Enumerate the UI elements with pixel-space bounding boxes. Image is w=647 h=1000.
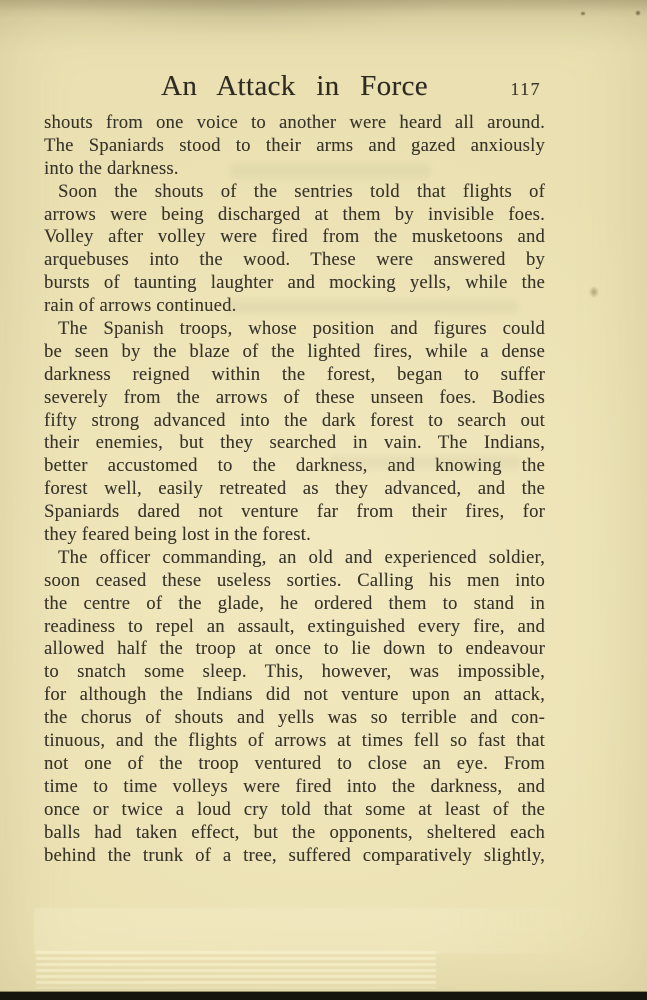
text-line: The officer commanding, an old and exper… [44,547,545,570]
text-line: Soon the shouts of the sentries told tha… [44,181,545,204]
page-number: 117 [510,69,541,109]
scan-streak-lines [36,948,436,988]
text-block: shouts from one voice to another were he… [44,112,545,867]
text-line: balls had taken effect, but the opponent… [44,822,545,845]
text-line: forest well, easily retreated as they ad… [44,478,545,501]
text-line: once or twice a loud cry told that some … [44,799,545,822]
text-line: the chorus of shouts and yells was so te… [44,707,545,730]
text-line: arrows were being discharged at them by … [44,204,545,227]
paper-stain-spot [589,286,599,298]
text-line: The Spanish troops, whose position and f… [44,318,545,341]
text-line: behind the trunk of a tree, suffered com… [44,845,545,868]
text-line: Spaniards dared not venture far from the… [44,501,545,524]
text-line: allowed half the troop at once to lie do… [44,638,545,661]
chapter-running-title: An Attack in Force [44,66,545,106]
text-line: tinuous, and the flights of arrows at ti… [44,730,545,753]
text-line: the centre of the glade, he ordered them… [44,593,545,616]
text-line: they feared being lost in the forest. [44,524,545,547]
text-line: Volley after volley were fired from the … [44,226,545,249]
text-line: not one of the troop ventured to close a… [44,753,545,776]
text-line: time to time volleys were fired into the… [44,776,545,799]
text-line: The Spaniards stood to their arms and ga… [44,135,545,158]
text-line: for although the Indians did not venture… [44,684,545,707]
text-line: fifty strong advanced into the dark fore… [44,410,545,433]
dust-speck [636,11,640,15]
text-line: their enemies, but they searched in vain… [44,432,545,455]
text-line: be seen by the blaze of the lighted fire… [44,341,545,364]
text-line: rain of arrows continued. [44,295,545,318]
dust-speck [581,12,585,15]
text-line: into the darkness. [44,158,545,181]
text-line: arquebuses into the wood. These were ans… [44,249,545,272]
text-line: to snatch some sleep. This, however, was… [44,661,545,684]
scan-light-band [34,908,599,954]
text-line: bursts of taunting laughter and mocking … [44,272,545,295]
page-header: An Attack in Force 117 [44,66,545,106]
text-line: better accustomed to the darkness, and k… [44,455,545,478]
text-line: severely from the arrows of these unseen… [44,387,545,410]
text-line: soon ceased these useless sorties. Calli… [44,570,545,593]
scan-edge-bar [0,992,647,1000]
scan-top-shadow [0,0,647,52]
text-line: readiness to repel an assault, extinguis… [44,616,545,639]
book-page-scan: An Attack in Force 117 shouts from one v… [0,0,647,1000]
text-line: darkness reigned within the forest, bega… [44,364,545,387]
text-line: shouts from one voice to another were he… [44,112,545,135]
